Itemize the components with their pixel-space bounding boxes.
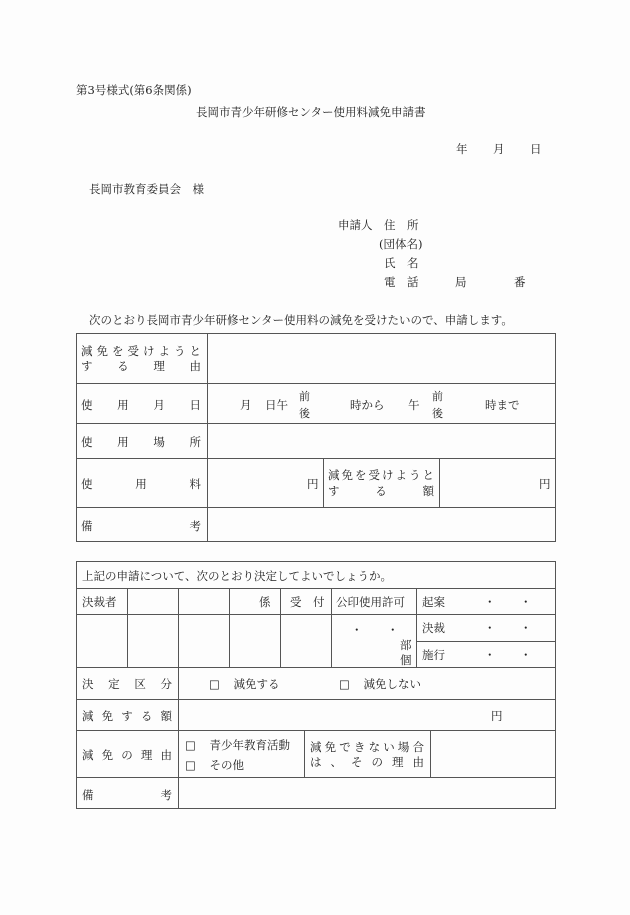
applicant-phone-exchange: 局 — [455, 274, 467, 290]
reduction-amount-unit: 円 — [539, 476, 551, 492]
seal-unit-ko: 個 — [400, 652, 412, 668]
decision-category-label: 決定区分 — [82, 676, 172, 692]
decision-remarks-input[interactable] — [179, 778, 555, 808]
form-title: 長岡市青少年研修センター使用料減免申請書 — [196, 104, 426, 120]
applicant-name-label: 氏 名 — [384, 255, 419, 271]
seal-date-dot-2: ・ — [387, 622, 399, 638]
seal-date-dot-1: ・ — [351, 622, 363, 638]
usage-date-label: 使用月日 — [81, 397, 201, 413]
reason-input[interactable] — [208, 334, 555, 383]
usage-fee-unit: 円 — [307, 476, 319, 492]
no-reduce-checkbox[interactable]: □ — [339, 677, 350, 691]
staff-header: 係 — [259, 594, 271, 610]
applicant-group-label: (団体名) — [379, 236, 422, 252]
drafted-dot-1: ・ — [484, 594, 496, 610]
approver-stamp-2[interactable] — [179, 615, 229, 667]
staff-stamp[interactable] — [230, 615, 280, 667]
reception-header: 受 付 — [290, 594, 325, 610]
usage-fee-label: 使用料 — [81, 476, 201, 492]
reason-other-option[interactable]: □ その他 — [185, 757, 244, 773]
enforced-label: 施行 — [422, 647, 445, 663]
no-reduce-reason-label-line1: 減免できない場合 — [310, 739, 424, 755]
reduction-amount-input[interactable] — [440, 459, 555, 507]
date-year: 年 — [456, 141, 468, 157]
applicant-phone-label: 電 話 — [384, 274, 419, 290]
applicant-address-label: 住 所 — [384, 217, 419, 233]
reason-label-line2: する理由 — [81, 358, 201, 374]
decided-dot-2: ・ — [520, 620, 532, 636]
remarks-label: 備考 — [81, 518, 201, 534]
applicant-label: 申請人 — [338, 217, 373, 233]
enforced-dot-1: ・ — [484, 647, 496, 663]
date-day: 日 — [530, 141, 542, 157]
form-number: 第3号様式(第6条関係) — [76, 82, 192, 98]
seal-permission-header: 公印使用許可 — [336, 594, 405, 610]
reception-stamp[interactable] — [281, 615, 331, 667]
intro-text: 次のとおり長岡市青少年研修センター使用料の減免を受けたいので、申請します。 — [89, 312, 513, 328]
addressee: 長岡市教育委員会 様 — [89, 181, 204, 197]
no-reduce-option[interactable]: □ 減免しない — [339, 676, 421, 692]
reduction-label-line1: 減免を受けようと — [328, 467, 434, 483]
reduction-reason-label: 減免の理由 — [82, 747, 172, 763]
reduce-option[interactable]: □ 減免する — [209, 676, 280, 692]
enforced-dot-2: ・ — [520, 647, 532, 663]
date-month: 月 — [493, 141, 505, 157]
decided-label: 決裁 — [422, 620, 445, 636]
approver-stamp-1[interactable] — [128, 615, 178, 667]
reduction-label-line2: する額 — [328, 483, 434, 499]
drafted-dot-2: ・ — [520, 594, 532, 610]
no-reduce-reason-label-line2: は、その理由 — [310, 754, 424, 770]
approver-header: 決裁者 — [82, 594, 117, 610]
reduction-amount-label: 減免する額 — [82, 708, 172, 724]
decided-dot-1: ・ — [484, 620, 496, 636]
seal-unit-bu: 部 — [400, 637, 412, 653]
usage-place-label: 使用場所 — [81, 434, 201, 450]
no-reduce-reason-input[interactable] — [431, 731, 555, 777]
other-checkbox[interactable]: □ — [185, 758, 196, 772]
usage-date-field[interactable]: 月 日午 前 後 時から 午 前 後 時まで — [208, 384, 555, 423]
usage-place-input[interactable] — [208, 424, 555, 458]
youth-activity-checkbox[interactable]: □ — [185, 738, 196, 752]
decision-remarks-label: 備考 — [82, 787, 172, 803]
decision-question: 上記の申請について、次のとおり決定してよいでしょうか。 — [82, 568, 392, 584]
reason-label-line1: 減免を受けようと — [81, 343, 201, 359]
remarks-input[interactable] — [208, 508, 555, 541]
decided-amount-unit: 円 — [491, 708, 503, 724]
applicant-phone-number: 番 — [514, 274, 526, 290]
reduce-checkbox[interactable]: □ — [209, 677, 220, 691]
reason-youth-option[interactable]: □ 青少年教育活動 — [185, 737, 290, 753]
usage-fee-input[interactable] — [208, 459, 323, 507]
drafted-label: 起案 — [422, 594, 445, 610]
